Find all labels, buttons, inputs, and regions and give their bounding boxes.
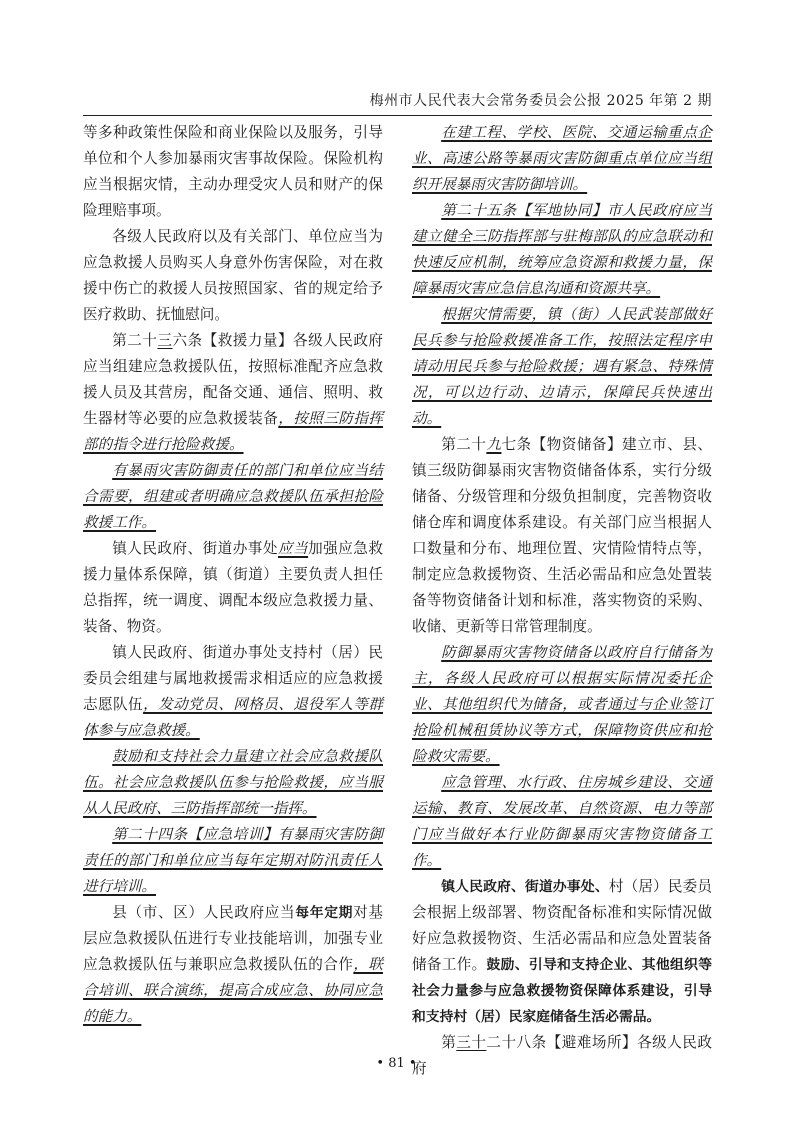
text-segment: 每年定期 xyxy=(295,905,353,921)
marked-text: 三十 xyxy=(456,1034,486,1051)
paragraph: 第二十九七条【物资储备】建立市、县、镇三级防御暴雨灾害物资储备体系，实行分级储备… xyxy=(412,432,712,640)
text-segment: 第二十 xyxy=(112,332,157,349)
text-segment: 第 xyxy=(441,1034,456,1051)
paragraph: 应急管理、水行政、住房城乡建设、交通运输、教育、发展改革、自然资源、电力等部门应… xyxy=(412,770,712,874)
paragraph: 等多种政策性保险和商业保险以及服务，引导单位和个人参加暴雨灾害事故保险。保险机构… xyxy=(83,120,383,224)
text-segment: 各级人民政府以及有关部门、单位应当为应急救援人员购买人身意外伤害保险，对在救援中… xyxy=(83,228,383,323)
text-segment: 七条【物资储备】建立市、县、镇三级防御暴雨灾害物资储备体系，实行分级储备、分级管… xyxy=(412,436,712,635)
publication-title: 梅州市人民代表大会常务委员会公报 2025 年第 2 期 xyxy=(370,90,712,110)
paragraph: 县（市、区）人民政府应当每年定期对基层应急救援队伍进行专业技能培训，加强专业应急… xyxy=(83,900,383,1030)
inserted-text: 根据灾情需要，镇（街）人民武装部做好民兵参与抢险救援准备工作，按照法定程序申请动… xyxy=(412,306,712,427)
paragraph: 各级人民政府以及有关部门、单位应当为应急救援人员购买人身意外伤害保险，对在救援中… xyxy=(83,224,383,328)
text-segment: 县（市、区）人民政府应当 xyxy=(112,904,295,921)
paragraph: 第二十三六条【救援力量】各级人民政府应当组建应急救援队伍，按照标准配齐应急救援人… xyxy=(83,328,383,458)
paragraph: 第二十四条【应急培训】有暴雨灾害防御责任的部门和单位应当每年定期对防汛责任人进行… xyxy=(83,822,383,900)
paragraph: 第二十五条【军地协同】市人民政府应当建立健全三防指挥部与驻梅部队的应急联动和快速… xyxy=(412,198,712,302)
page-header: 梅州市人民代表大会常务委员会公报 2025 年第 2 期 xyxy=(83,88,712,116)
paragraph: 镇人民政府、街道办事处应当加强应急救援力量体系保障，镇（街道）主要负责人担任总指… xyxy=(83,536,383,640)
inserted-text: 鼓励和支持社会力量建立社会应急救援队伍。社会应急救援队伍参与抢险救援，应当服从人… xyxy=(83,748,383,817)
inserted-text: 应当 xyxy=(278,540,308,557)
left-column: 等多种政策性保险和商业保险以及服务，引导单位和个人参加暴雨灾害事故保险。保险机构… xyxy=(83,120,383,1030)
inserted-text: 第二十四条【应急培训】有暴雨灾害防御责任的部门和单位应当每年定期对防汛责任人进行… xyxy=(83,826,383,895)
paragraph: 鼓励和支持社会力量建立社会应急救援队伍。社会应急救援队伍参与抢险救援，应当服从人… xyxy=(83,744,383,822)
inserted-text: 在建工程、学校、医院、交通运输重点企业、高速公路等暴雨灾害防御重点单位应当组织开… xyxy=(412,124,712,193)
header-divider xyxy=(83,115,712,116)
marked-text: 三 xyxy=(157,332,172,349)
inserted-text: 应急管理、水行政、住房城乡建设、交通运输、教育、发展改革、自然资源、电力等部门应… xyxy=(412,774,712,869)
paragraph: 根据灾情需要，镇（街）人民武装部做好民兵参与抢险救援准备工作，按照法定程序申请动… xyxy=(412,302,712,432)
page-number: • 81 • xyxy=(0,1056,793,1071)
inserted-text: 防御暴雨灾害物资储备以政府自行储备为主，各级人民政府可以根据实际情况委托企业、其… xyxy=(412,644,712,765)
inserted-text: 九 xyxy=(486,436,501,453)
inserted-text: 第二十五条【军地协同】市人民政府应当建立健全三防指挥部与驻梅部队的应急联动和快速… xyxy=(412,202,712,297)
inserted-text: 有暴雨灾害防御责任的部门和单位应当结合需要，组建或者明确应急救援队伍承担抢险救援… xyxy=(83,462,383,531)
text-segment: 等多种政策性保险和商业保险以及服务，引导单位和个人参加暴雨灾害事故保险。保险机构… xyxy=(83,124,383,219)
paragraph: 防御暴雨灾害物资储备以政府自行储备为主，各级人民政府可以根据实际情况委托企业、其… xyxy=(412,640,712,770)
text-segment: 镇人民政府、街道办事处、 xyxy=(441,879,609,895)
text-segment: 镇人民政府、街道办事处 xyxy=(112,540,278,557)
text-segment: 第二十 xyxy=(441,436,486,453)
paragraph: 有暴雨灾害防御责任的部门和单位应当结合需要，组建或者明确应急救援队伍承担抢险救援… xyxy=(83,458,383,536)
paragraph: 镇人民政府、街道办事处、村（居）民委员会根据上级部署、物资配备标准和实际情况做好… xyxy=(412,874,712,1030)
paragraph: 在建工程、学校、医院、交通运输重点企业、高速公路等暴雨灾害防御重点单位应当组织开… xyxy=(412,120,712,198)
right-column: 在建工程、学校、医院、交通运输重点企业、高速公路等暴雨灾害防御重点单位应当组织开… xyxy=(412,120,712,1082)
paragraph: 镇人民政府、街道办事处支持村（居）民委员会组建与属地救援需求相适应的应急救援志愿… xyxy=(83,640,383,744)
